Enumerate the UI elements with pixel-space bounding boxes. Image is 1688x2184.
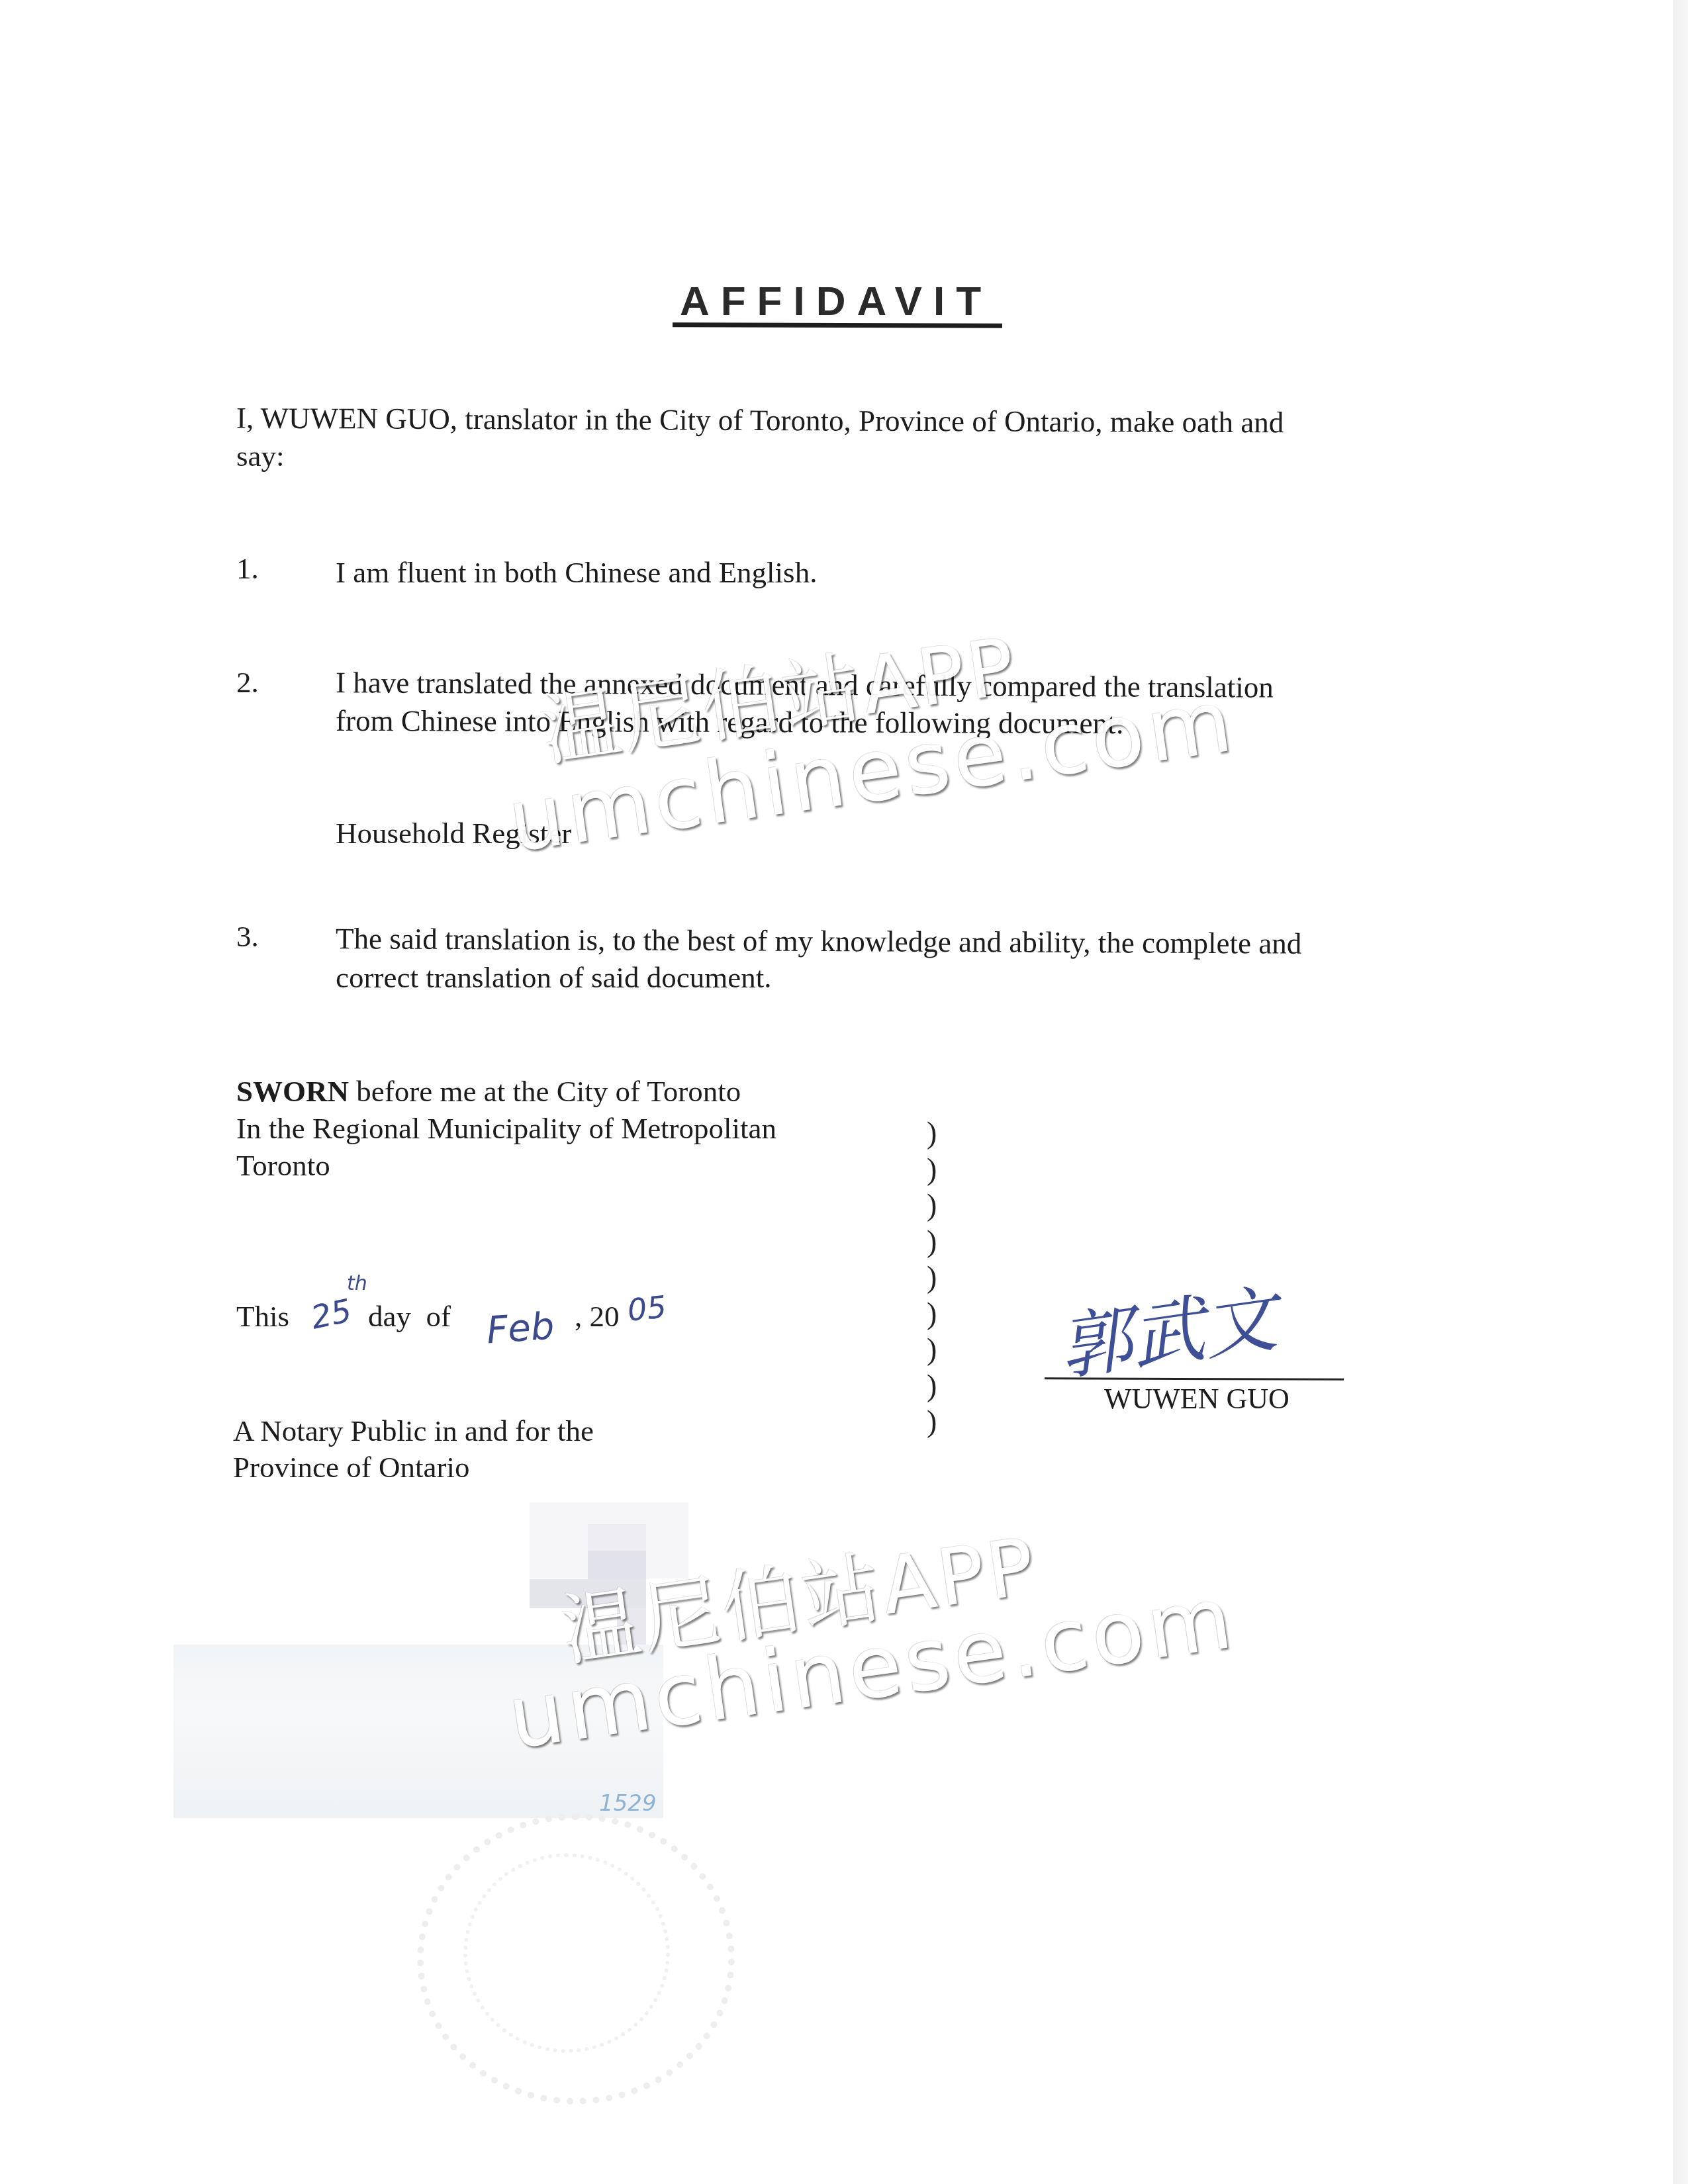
paren: ) [927, 1187, 947, 1224]
notary-line-2: Province of Ontario [233, 1449, 469, 1486]
intro-line-1: I, WUWEN GUO, translator in the City of … [236, 400, 1284, 441]
date-day-suffix-handwritten: th [347, 1272, 367, 1295]
date-mid-text: day of [368, 1298, 451, 1335]
document-title: AFFIDAVIT [670, 281, 1002, 322]
title-underline [673, 322, 1002, 328]
sworn-label: SWORN [236, 1075, 349, 1108]
paren: ) [927, 1296, 947, 1332]
intro-line-2: say: [236, 438, 285, 475]
clause-3-line-1: The said translation is, to the best of … [336, 921, 1302, 962]
clause-3-number: 3. [236, 919, 259, 955]
paren: ) [927, 1404, 947, 1440]
notary-line-1: A Notary Public in and for the [233, 1413, 594, 1449]
stamp-number-fragment: 1529 [599, 1790, 657, 1817]
jurat-line-2: In the Regional Municipality of Metropol… [236, 1111, 776, 1147]
signatory-name: WUWEN GUO [1104, 1381, 1289, 1417]
embossed-seal-inner-ring [463, 1853, 670, 2053]
page-edge-shadow [1673, 0, 1688, 2184]
redacted-pixel-block [588, 1524, 646, 1551]
clause-1-text: I am fluent in both Chinese and English. [336, 555, 817, 591]
paren: ) [927, 1259, 947, 1296]
date-month-handwritten: Feb [485, 1305, 556, 1353]
paren: ) [927, 1224, 947, 1260]
jurat-parentheses-column: ) ) ) ) ) ) ) ) ) [927, 1115, 947, 1440]
date-year-printed: , 20 [575, 1298, 620, 1335]
jurat-line-3: Toronto [236, 1148, 330, 1184]
paren: ) [927, 1368, 947, 1404]
clause-1-number: 1. [236, 551, 259, 587]
clause-2-number: 2. [236, 664, 259, 701]
jurat-line-1: SWORN before me at the City of Toronto [236, 1073, 741, 1110]
date-year-handwritten: 05 [626, 1289, 668, 1328]
clause-3-line-2: correct translation of said document. [336, 960, 772, 996]
paren: ) [927, 1115, 947, 1152]
date-day-handwritten: 25 [308, 1292, 355, 1336]
date-prefix: This [236, 1298, 289, 1335]
paren: ) [927, 1332, 947, 1368]
sworn-rest: before me at the City of Toronto [349, 1075, 741, 1108]
handwritten-signature: 郭武文 [1060, 1257, 1290, 1395]
paren: ) [927, 1152, 947, 1188]
